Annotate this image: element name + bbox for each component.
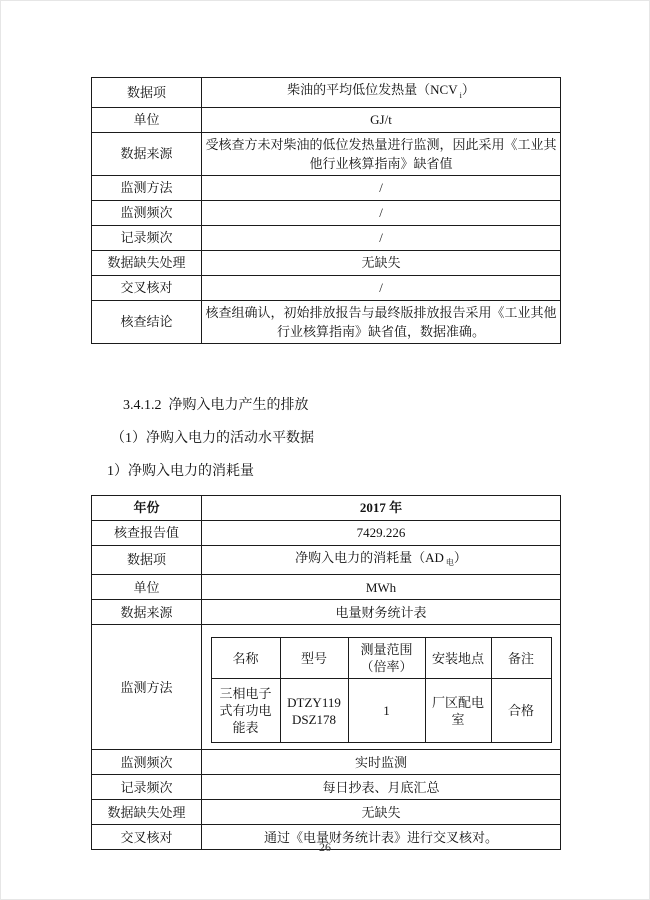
row-value: 实时监测 — [202, 750, 561, 775]
row-value: 无缺失 — [202, 800, 561, 825]
table-row: 数据缺失处理 无缺失 — [92, 800, 561, 825]
row-value: 核查组确认，初始排放报告与最终版排放报告采用《工业其他行业核算指南》缺省值，数据… — [202, 300, 561, 343]
row-value: 柴油的平均低位发热量（NCVi） — [202, 78, 561, 108]
row-label: 单位 — [92, 107, 202, 132]
row-label: 数据项 — [92, 78, 202, 108]
subsection-heading-1: （1）净购入电力的活动水平数据 — [111, 429, 561, 449]
meter-cell: 厂区配电室 — [425, 679, 491, 743]
meter-cell: 1 — [348, 679, 425, 743]
ncv-table: 数据项 柴油的平均低位发热量（NCVi） 单位 GJ/t 数据来源 受核查方未对… — [91, 77, 561, 344]
page-number: 26 — [1, 840, 649, 855]
row-label: 监测频次 — [92, 750, 202, 775]
document-content: 数据项 柴油的平均低位发热量（NCVi） 单位 GJ/t 数据来源 受核查方未对… — [91, 77, 561, 850]
row-label: 记录频次 — [92, 775, 202, 800]
row-value: 名称 型号 测量范围（倍率） 安装地点 备注 三相电子式有功电能表 DTZY11… — [202, 625, 561, 750]
table-row: 年份 2017 年 — [92, 495, 561, 520]
row-label: 数据来源 — [92, 132, 202, 175]
subscript: 电 — [446, 558, 454, 567]
meter-header-row: 名称 型号 测量范围（倍率） 安装地点 备注 — [211, 638, 551, 679]
meter-col-header: 型号 — [280, 638, 348, 679]
table-row: 记录频次 每日抄表、月底汇总 — [92, 775, 561, 800]
meter-cell: 合格 — [491, 679, 551, 743]
meter-data-row: 三相电子式有功电能表 DTZY119 DSZ178 1 厂区配电室 合格 — [211, 679, 551, 743]
electricity-table-wrap: 年份 2017 年 核查报告值 7429.226 数据项 净购入电力的消耗量（A… — [91, 495, 561, 851]
table-row: 核查报告值 7429.226 — [92, 520, 561, 545]
electricity-table: 年份 2017 年 核查报告值 7429.226 数据项 净购入电力的消耗量（A… — [91, 495, 561, 851]
row-value: GJ/t — [202, 107, 561, 132]
row-value: 7429.226 — [202, 520, 561, 545]
meter-col-header: 测量范围（倍率） — [348, 638, 425, 679]
row-value: / — [202, 225, 561, 250]
table-row: 交叉核对 / — [92, 275, 561, 300]
table-row: 数据来源 电量财务统计表 — [92, 600, 561, 625]
row-label: 监测方法 — [92, 625, 202, 750]
table-row: 数据缺失处理 无缺失 — [92, 250, 561, 275]
row-label: 交叉核对 — [92, 275, 202, 300]
table-row: 单位 MWh — [92, 575, 561, 600]
row-label: 年份 — [92, 495, 202, 520]
table-row: 单位 GJ/t — [92, 107, 561, 132]
row-value: 电量财务统计表 — [202, 600, 561, 625]
table-row: 核查结论 核查组确认，初始排放报告与最终版排放报告采用《工业其他行业核算指南》缺… — [92, 300, 561, 343]
subsection-heading-1a: 1）净购入电力的消耗量 — [107, 462, 561, 482]
meter-col-header: 名称 — [211, 638, 280, 679]
value-text: 柴油的平均低位发热量（NCV — [287, 82, 457, 97]
row-label: 数据缺失处理 — [92, 800, 202, 825]
row-label: 监测频次 — [92, 200, 202, 225]
row-value: / — [202, 200, 561, 225]
table-row: 数据来源 受核查方未对柴油的低位发热量进行监测，因此采用《工业其他行业核算指南》… — [92, 132, 561, 175]
value-text: 净购入电力的消耗量（AD — [295, 550, 444, 565]
row-value: 无缺失 — [202, 250, 561, 275]
table-row-monitoring-method: 监测方法 名称 型号 测量范围（倍率） 安装地点 备注 — [92, 625, 561, 750]
row-value: MWh — [202, 575, 561, 600]
meter-col-header: 备注 — [491, 638, 551, 679]
row-value: 净购入电力的消耗量（AD电） — [202, 545, 561, 575]
row-label: 记录频次 — [92, 225, 202, 250]
table-row: 记录频次 / — [92, 225, 561, 250]
row-label: 核查结论 — [92, 300, 202, 343]
table-row: 监测方法 / — [92, 175, 561, 200]
table-row: 数据项 柴油的平均低位发热量（NCVi） — [92, 78, 561, 108]
row-label: 核查报告值 — [92, 520, 202, 545]
row-label: 数据项 — [92, 545, 202, 575]
row-value: / — [202, 175, 561, 200]
meter-col-header: 安装地点 — [425, 638, 491, 679]
meter-cell: 三相电子式有功电能表 — [211, 679, 280, 743]
value-text: ） — [454, 550, 467, 565]
row-value: 2017 年 — [202, 495, 561, 520]
row-value: 每日抄表、月底汇总 — [202, 775, 561, 800]
meter-cell: DTZY119 DSZ178 — [280, 679, 348, 743]
row-label: 数据缺失处理 — [92, 250, 202, 275]
row-label: 数据来源 — [92, 600, 202, 625]
table-row: 监测频次 实时监测 — [92, 750, 561, 775]
row-value: 受核查方未对柴油的低位发热量进行监测，因此采用《工业其他行业核算指南》缺省值 — [202, 132, 561, 175]
table-row: 数据项 净购入电力的消耗量（AD电） — [92, 545, 561, 575]
row-label: 单位 — [92, 575, 202, 600]
row-label: 监测方法 — [92, 175, 202, 200]
value-text: ） — [462, 82, 475, 97]
table-row: 监测频次 / — [92, 200, 561, 225]
meter-table: 名称 型号 测量范围（倍率） 安装地点 备注 三相电子式有功电能表 DTZY11… — [211, 637, 552, 743]
row-value: / — [202, 275, 561, 300]
section-heading-3412: 3.4.1.2 净购入电力产生的排放 — [123, 396, 561, 416]
